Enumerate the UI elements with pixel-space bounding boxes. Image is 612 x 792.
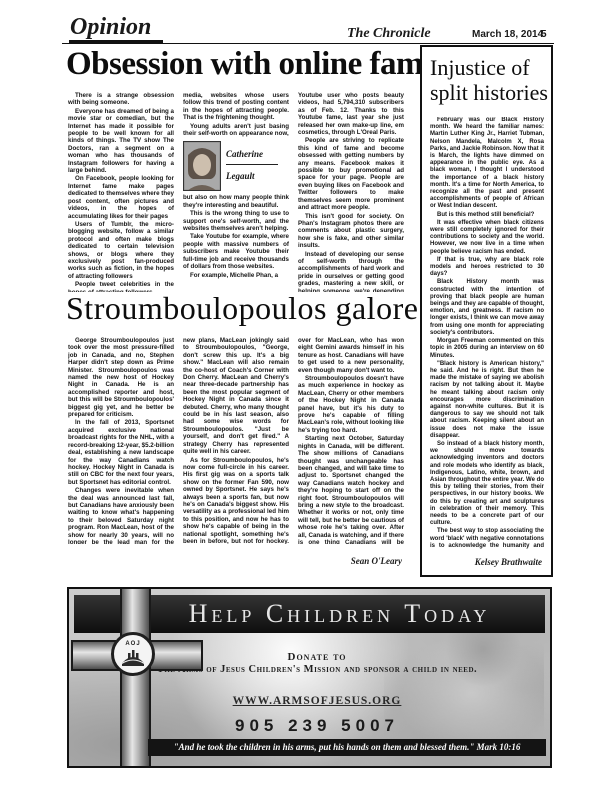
injustice-signature: Kelsey Brathwaite [475,557,542,567]
paragraph: Young adults aren't just basing their se… [183,123,289,138]
paragraph: Changes were inevitable when the deal wa… [68,487,174,544]
page-date: March 18, 2014 [472,29,543,40]
strombo-article-headline: Stroumboulopoulos galore [66,290,418,327]
paragraph: On Facebook, people looking for Internet… [68,175,174,219]
logo-emblem-icon [120,647,146,667]
paragraph: Starting next October, Saturday nights i… [298,435,404,544]
fame-column-1: There is a strange obsession with being … [68,92,174,292]
paragraph: But is this method still beneficial? [430,212,544,219]
paragraph: Black History month was constructed with… [430,279,544,337]
paragraph: People are striving to replicate this ki… [298,137,404,211]
newspaper-page: Opinion The Chronicle March 18, 2014 5 O… [0,0,612,792]
injustice-article-body: February was our Black History month. We… [430,117,544,549]
strombo-column-1: George Stroumboulopoulos just took over … [68,337,174,544]
byline-first-name: Catherine [226,149,278,159]
strombo-signature: Sean O'Leary [298,556,402,566]
fame-column-2a: media, websites whose users follow this … [183,92,289,137]
paragraph: Morgan Freeman commented on this topic i… [430,338,544,360]
paragraph: February was our Black History month. We… [430,117,544,211]
fame-article-body: There is a strange obsession with being … [68,92,404,292]
paragraph: For example, Michelle Phan, a [183,272,289,279]
bible-quote: "And he took the children in his arms, p… [148,739,546,756]
paragraph: The best way to stop associating the wor… [430,528,544,549]
paragraph: It was effective when black citizens wer… [430,220,544,256]
paragraph: Instead of developing our sense of self-… [298,251,404,292]
paragraph: In the fall of 2013, Sportsnet acquired … [68,419,174,486]
masthead: The Chronicle [347,26,431,42]
byline-last-name: Legault [226,171,278,181]
paragraph: Users of Tumblr, the micro-blogging webs… [68,221,174,280]
injustice-headline-line2: split histories [430,80,551,105]
paragraph: This isn't good for society. On Phan's I… [298,213,404,250]
injustice-article-box: Injustice of split histories February wa… [420,45,553,577]
paragraph: Youtube user who posts beauty videos, ha… [298,92,404,136]
columnist-photo [183,141,221,191]
ad-website: www.armsofjesus.org [139,695,495,707]
page-number: 5 [541,29,547,40]
paragraph: but also on how many people think they'r… [183,194,289,209]
fame-article-headline: Obsession with online fame [66,46,437,83]
paragraph: over for MacLean, who has won eight Gemi… [298,337,404,374]
byline-block: Catherine Legault [183,141,289,191]
cross-icon [120,589,151,766]
fame-column-2: media, websites whose users follow this … [183,92,289,292]
paragraph: Stroumboulopoulos doesn't have as much e… [298,375,404,434]
byline-divider [226,164,278,165]
strombo-column-2: new plans, MacLean jokingly said to Stro… [183,337,289,544]
fame-column-3: Youtube user who posts beauty videos, ha… [298,92,404,292]
paragraph: As for Stroumboulopoulos, he's now come … [183,457,289,545]
header-rule [62,43,554,44]
ad-phone-number: 905 239 5007 [139,716,495,736]
paragraph: media, websites whose users follow this … [183,92,289,122]
arms-of-jesus-logo-icon: AOJ [111,632,155,676]
strombo-column-3: over for MacLean, who has won eight Gemi… [298,337,404,544]
charity-advertisement: Help Children Today AOJ Donate to The Ar… [67,587,552,768]
injustice-headline-line1: Injustice of [430,55,551,80]
paragraph: If that is true, why are black role mode… [430,257,544,279]
paragraph: George Stroumboulopoulos just took over … [68,337,174,418]
paragraph: This is the wrong thing to use to suppor… [183,210,289,232]
section-title: Opinion [70,14,151,41]
paragraph: Take Youtube for example, where people w… [183,233,289,270]
paragraph: Everyone has dreamed of being a movie st… [68,108,174,175]
strombo-article-body: George Stroumboulopoulos just took over … [68,337,404,544]
fame-column-2b: but also on how many people think they'r… [183,194,289,278]
paragraph: "Black history is American history," he … [430,361,544,440]
paragraph: There is a strange obsession with being … [68,92,174,107]
paragraph: new plans, MacLean jokingly said to Stro… [183,337,289,456]
byline: Catherine Legault [226,141,278,181]
paragraph: So instead of a black history month, we … [430,441,544,527]
